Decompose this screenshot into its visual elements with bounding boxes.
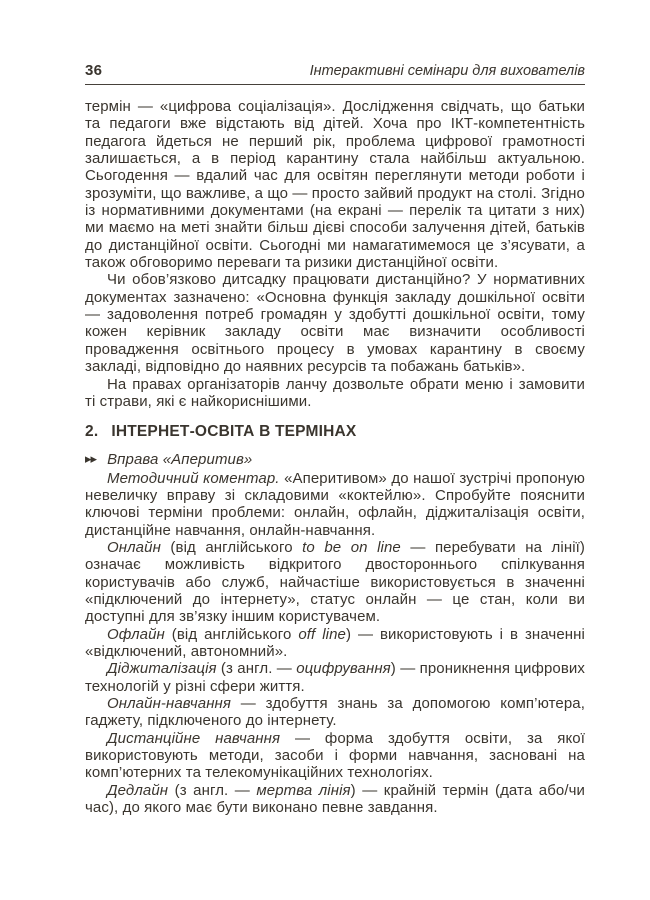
page-body: термін — «цифрова соціалізація». Дослідж… bbox=[85, 98, 585, 816]
italic-text-segment: Офлайн bbox=[107, 626, 165, 643]
paragraph: Дистанційне навчання — форма здобуття ос… bbox=[85, 730, 585, 782]
section-heading: 2.ІНТЕРНЕТ-ОСВІТА В ТЕРМІНАХ bbox=[85, 423, 585, 441]
paragraph: Дедлайн (з англ. — мертва лінія) — крайн… bbox=[85, 782, 585, 817]
paragraph: Чи обов’язково дитсадку працювати дистан… bbox=[85, 271, 585, 375]
paragraph: На правах організаторів ланчу дозвольте … bbox=[85, 376, 585, 411]
italic-text-segment: Діджиталізація bbox=[107, 660, 217, 677]
italic-text-segment: off line bbox=[298, 626, 346, 643]
italic-text-segment: Вправа «Аперитив» bbox=[107, 451, 252, 468]
page-header: 36 Інтерактивні семінари для вихователів bbox=[85, 62, 585, 79]
page-content: 36 Інтерактивні семінари для вихователів… bbox=[85, 62, 585, 816]
italic-text-segment: Дедлайн bbox=[107, 782, 168, 799]
italic-text-segment: to be on line bbox=[302, 539, 401, 556]
page-number: 36 bbox=[85, 62, 102, 79]
section-title: ІНТЕРНЕТ-ОСВІТА В ТЕРМІНАХ bbox=[111, 423, 356, 440]
double-arrow-icon: ▸▸ bbox=[85, 451, 96, 466]
text-segment: (від англійського bbox=[165, 626, 298, 643]
text-segment: термін — «цифрова соціалізація». Дослідж… bbox=[85, 98, 585, 271]
paragraph: Методичний коментар. «Аперитивом» до наш… bbox=[85, 470, 585, 539]
text-segment: На правах організаторів ланчу дозвольте … bbox=[85, 376, 585, 410]
italic-text-segment: Онлайн bbox=[107, 539, 161, 556]
paragraph: Діджиталізація (з англ. — оцифрування) —… bbox=[85, 660, 585, 695]
paragraph: Онлайн-навчання — здобуття знань за допо… bbox=[85, 695, 585, 730]
italic-text-segment: оцифрування bbox=[296, 660, 391, 677]
header-rule bbox=[85, 84, 585, 85]
italic-text-segment: Онлайн-навчання bbox=[107, 695, 231, 712]
book-page: 36 Інтерактивні семінари для вихователів… bbox=[0, 0, 650, 900]
section-number: 2. bbox=[85, 423, 98, 440]
text-segment: (з англ. — bbox=[168, 782, 256, 799]
paragraph: термін — «цифрова соціалізація». Дослідж… bbox=[85, 98, 585, 271]
italic-text-segment: Методичний коментар. bbox=[107, 470, 280, 487]
exercise-title-line: ▸▸Вправа «Аперитив» bbox=[85, 451, 585, 468]
paragraph: Офлайн (від англійського off line) — вик… bbox=[85, 626, 585, 661]
italic-text-segment: Дистанційне навчання bbox=[107, 730, 280, 747]
text-segment: (з англ. — bbox=[217, 660, 297, 677]
running-title: Інтерактивні семінари для вихователів bbox=[310, 63, 585, 79]
italic-text-segment: мертва лінія bbox=[256, 782, 350, 799]
text-segment: (від англійського bbox=[161, 539, 302, 556]
text-segment: Чи обов’язково дитсадку працювати дистан… bbox=[85, 271, 585, 375]
paragraph: Онлайн (від англійського to be on line —… bbox=[85, 539, 585, 626]
